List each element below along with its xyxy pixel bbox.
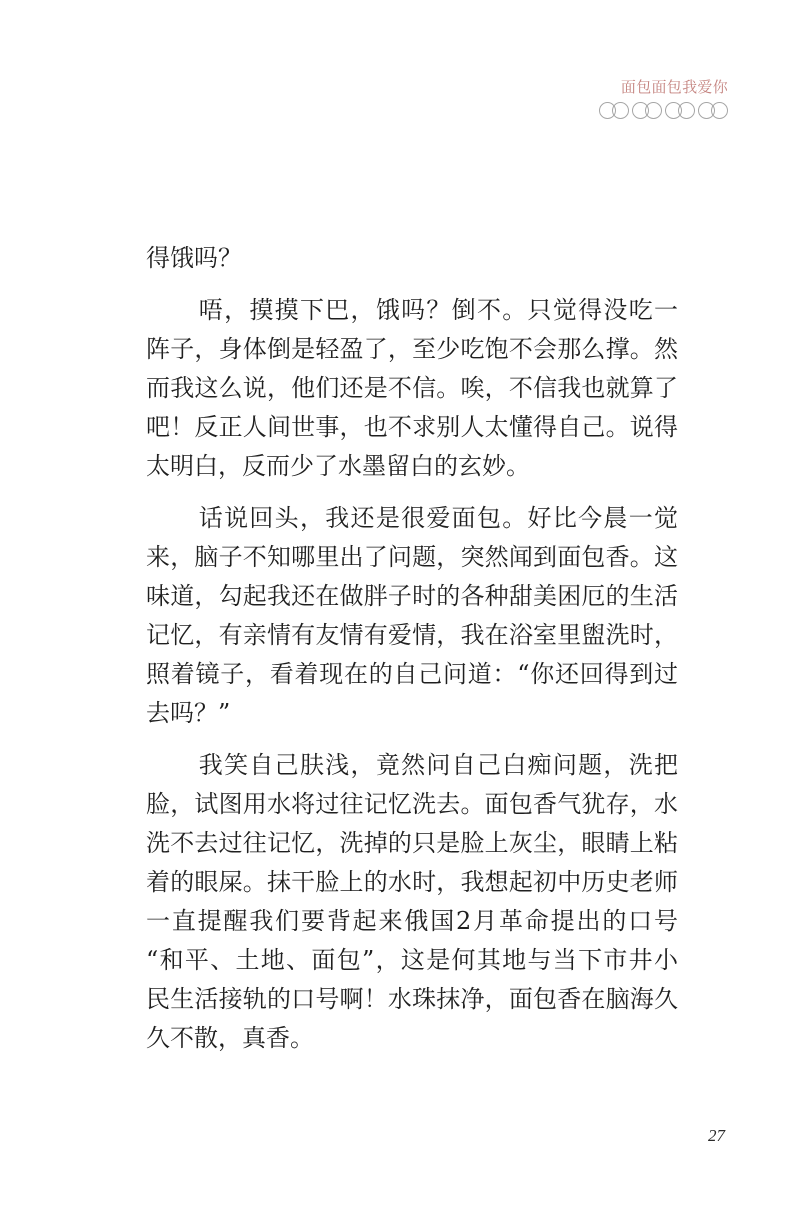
text-line: 照着镜子，看着现在的自己问道：“你还回得到过 bbox=[146, 655, 678, 694]
paragraph: 我笑自己肤浅，竟然问自己白痴问题，洗把脸，试图用水将过往记忆洗去。面包香气犹存，… bbox=[146, 746, 678, 1058]
text-line: 我笑自己肤浅，竟然问自己白痴问题，洗把 bbox=[146, 746, 678, 785]
text-line: 民生活接轨的口号啊！水珠抹净，面包香在脑海久 bbox=[146, 980, 678, 1019]
text-line: 而我这么说，他们还是不信。唉，不信我也就算了 bbox=[146, 369, 678, 408]
text-line: 记忆，有亲情有友情有爱情，我在浴室里盥洗时， bbox=[146, 616, 678, 655]
chapter-title: 面包面包我爱你 bbox=[599, 80, 728, 95]
text-line: 去吗？” bbox=[146, 694, 678, 733]
text-line: 久不散，真香。 bbox=[146, 1019, 678, 1058]
text-line: 脸，试图用水将过往记忆洗去。面包香气犹存，水 bbox=[146, 785, 678, 824]
text-line: 唔，摸摸下巴，饿吗？倒不。只觉得没吃一 bbox=[146, 291, 678, 330]
circle-pair bbox=[698, 102, 728, 119]
circle-icon bbox=[612, 102, 629, 119]
circle-icon bbox=[711, 102, 728, 119]
text-line: 阵子，身体倒是轻盈了，至少吃饱不会那么撑。然 bbox=[146, 330, 678, 369]
text-line: 味道，勾起我还在做胖子时的各种甜美困厄的生活 bbox=[146, 577, 678, 616]
circle-pair bbox=[599, 102, 629, 119]
page-header: 面包面包我爱你 bbox=[599, 80, 728, 119]
page-number: 27 bbox=[708, 1126, 725, 1146]
decorative-circles bbox=[599, 102, 728, 119]
text-line: 得饿吗？ bbox=[146, 239, 678, 278]
circle-icon bbox=[678, 102, 695, 119]
text-line: 一直提醒我们要背起来俄国2月革命提出的口号—— bbox=[146, 902, 678, 941]
book-page: { "header": { "title": "面包面包我爱你", "title… bbox=[0, 0, 797, 1211]
text-line: 着的眼屎。抹干脸上的水时，我想起初中历史老师 bbox=[146, 863, 678, 902]
circle-pair bbox=[632, 102, 662, 119]
circle-pair bbox=[665, 102, 695, 119]
text-line: 洗不去过往记忆，洗掉的只是脸上灰尘，眼睛上粘 bbox=[146, 824, 678, 863]
paragraph: 话说回头，我还是很爱面包。好比今晨一觉醒来，脑子不知哪里出了问题，突然闻到面包香… bbox=[146, 499, 678, 733]
circle-icon bbox=[645, 102, 662, 119]
paragraph: 唔，摸摸下巴，饿吗？倒不。只觉得没吃一阵子，身体倒是轻盈了，至少吃饱不会那么撑。… bbox=[146, 291, 678, 486]
text-line: 话说回头，我还是很爱面包。好比今晨一觉醒 bbox=[146, 499, 678, 538]
text-line: 吧！反正人间世事，也不求别人太懂得自己。说得 bbox=[146, 408, 678, 447]
body-text: 得饿吗？唔，摸摸下巴，饿吗？倒不。只觉得没吃一阵子，身体倒是轻盈了，至少吃饱不会… bbox=[146, 239, 678, 1058]
paragraph: 得饿吗？ bbox=[146, 239, 678, 278]
text-line: “和平、土地、面包”，这是何其地与当下市井小 bbox=[146, 941, 678, 980]
text-line: 太明白，反而少了水墨留白的玄妙。 bbox=[146, 447, 678, 486]
text-line: 来，脑子不知哪里出了问题，突然闻到面包香。这 bbox=[146, 538, 678, 577]
